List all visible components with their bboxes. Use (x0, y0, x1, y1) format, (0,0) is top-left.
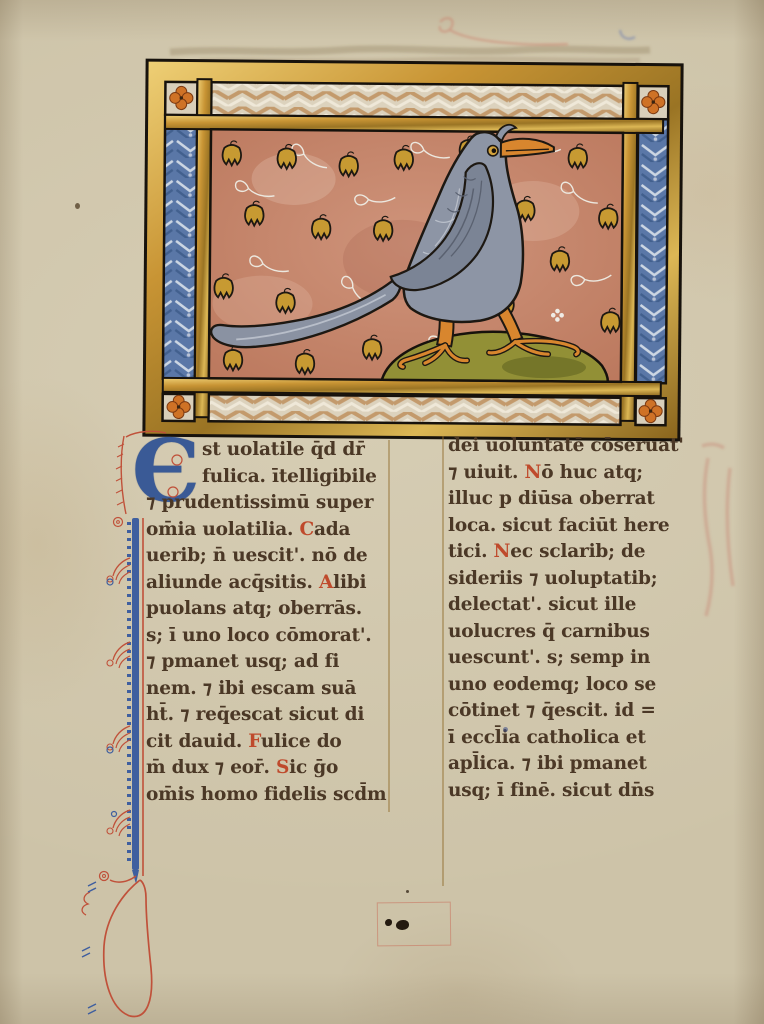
manuscript-page: Є st uolatile q̄d dr̄ fulica. ītelligibi… (0, 0, 764, 1024)
stain-speck (406, 890, 409, 893)
stain-speck (75, 203, 80, 209)
text-line: uolucres q̄ carnibus (448, 619, 710, 646)
text-line: uescunt'. s; semp in (448, 645, 710, 672)
margin-flourish (60, 430, 200, 1024)
text-line: sideriis ⁊ uoluptatib; (448, 566, 710, 593)
text-line: tici. Nec sclarib; de (448, 539, 710, 566)
text-line: usq; ī finē. sicut dn̄s (448, 778, 710, 805)
text-column-right: dei uoluntatē cōseruat' ⁊ uiuit. Nō huc … (448, 433, 710, 804)
offset-marks (690, 440, 760, 640)
text-line: illuc p diūsa oberrat (448, 486, 710, 513)
text-line: loca. sicut faciūt here (448, 513, 710, 540)
text-line: cōtinet ⁊ q̄escit. id = (448, 698, 710, 725)
stain-speck (503, 727, 508, 732)
ink-blot (385, 919, 392, 926)
text-line: ī eccl̄ia catholica et (448, 725, 710, 752)
miniature-fulica (141, 58, 684, 443)
ink-blot (396, 920, 409, 930)
text-line: uno eodemq; loco se (448, 672, 710, 699)
ruling-line (442, 436, 444, 886)
text-line: apl̄ica. ⁊ ibi pmanet (448, 751, 710, 778)
text-line: ⁊ uiuit. Nō huc atq; (448, 460, 710, 487)
text-line: delectat'. sicut ille (448, 592, 710, 619)
text-line: dei uoluntatē cōseruat' (448, 433, 710, 460)
